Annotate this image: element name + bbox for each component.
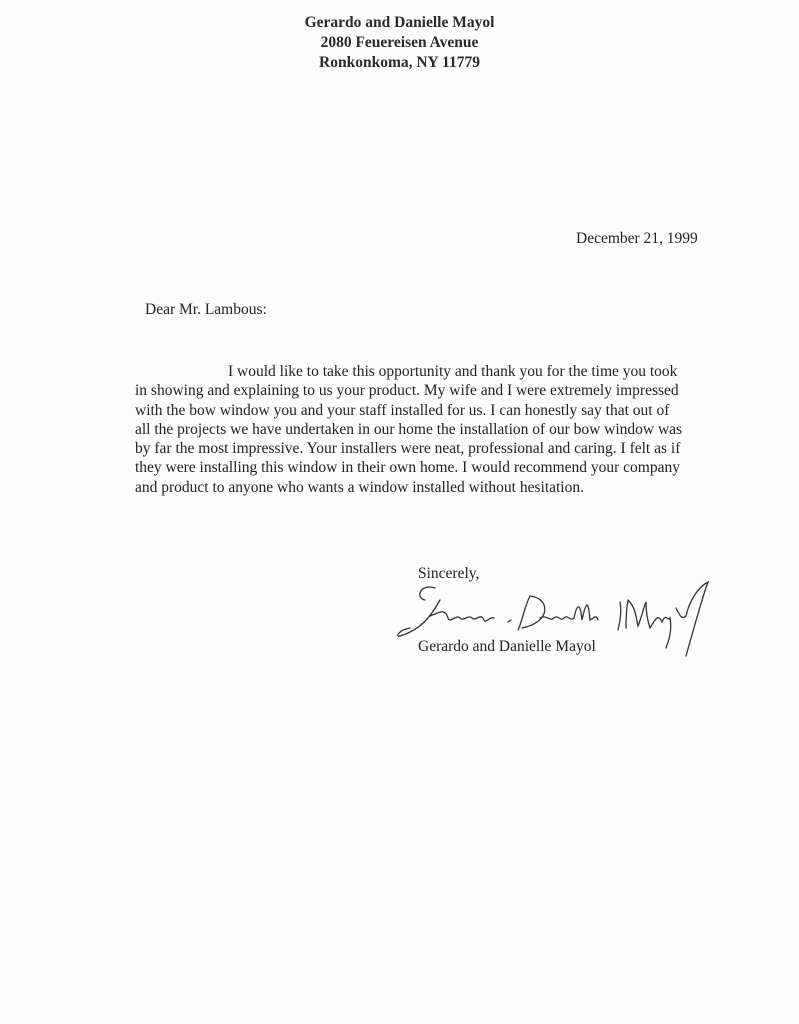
letterhead-street: 2080 Feuereisen Avenue — [0, 33, 799, 53]
body-line: by far the most impressive. Your install… — [135, 439, 735, 458]
salutation: Dear Mr. Lambous: — [145, 301, 267, 319]
body-line: they were installing this window in thei… — [135, 458, 735, 477]
letterhead-city: Ronkonkoma, NY 11779 — [0, 53, 799, 73]
body-line: I would like to take this opportunity an… — [135, 362, 735, 381]
signer-name: Gerardo and Danielle Mayol — [418, 638, 596, 656]
body-line: and product to anyone who wants a window… — [135, 478, 735, 497]
body-line: all the projects we have undertaken in o… — [135, 420, 735, 439]
letterhead: Gerardo and Danielle Mayol 2080 Feuereis… — [0, 13, 799, 73]
body-line: in showing and explaining to us your pro… — [135, 381, 735, 400]
letter-date: December 21, 1999 — [576, 230, 698, 248]
letter-body: I would like to take this opportunity an… — [135, 362, 735, 497]
body-line: with the bow window you and your staff i… — [135, 401, 735, 420]
letterhead-name: Gerardo and Danielle Mayol — [0, 13, 799, 33]
